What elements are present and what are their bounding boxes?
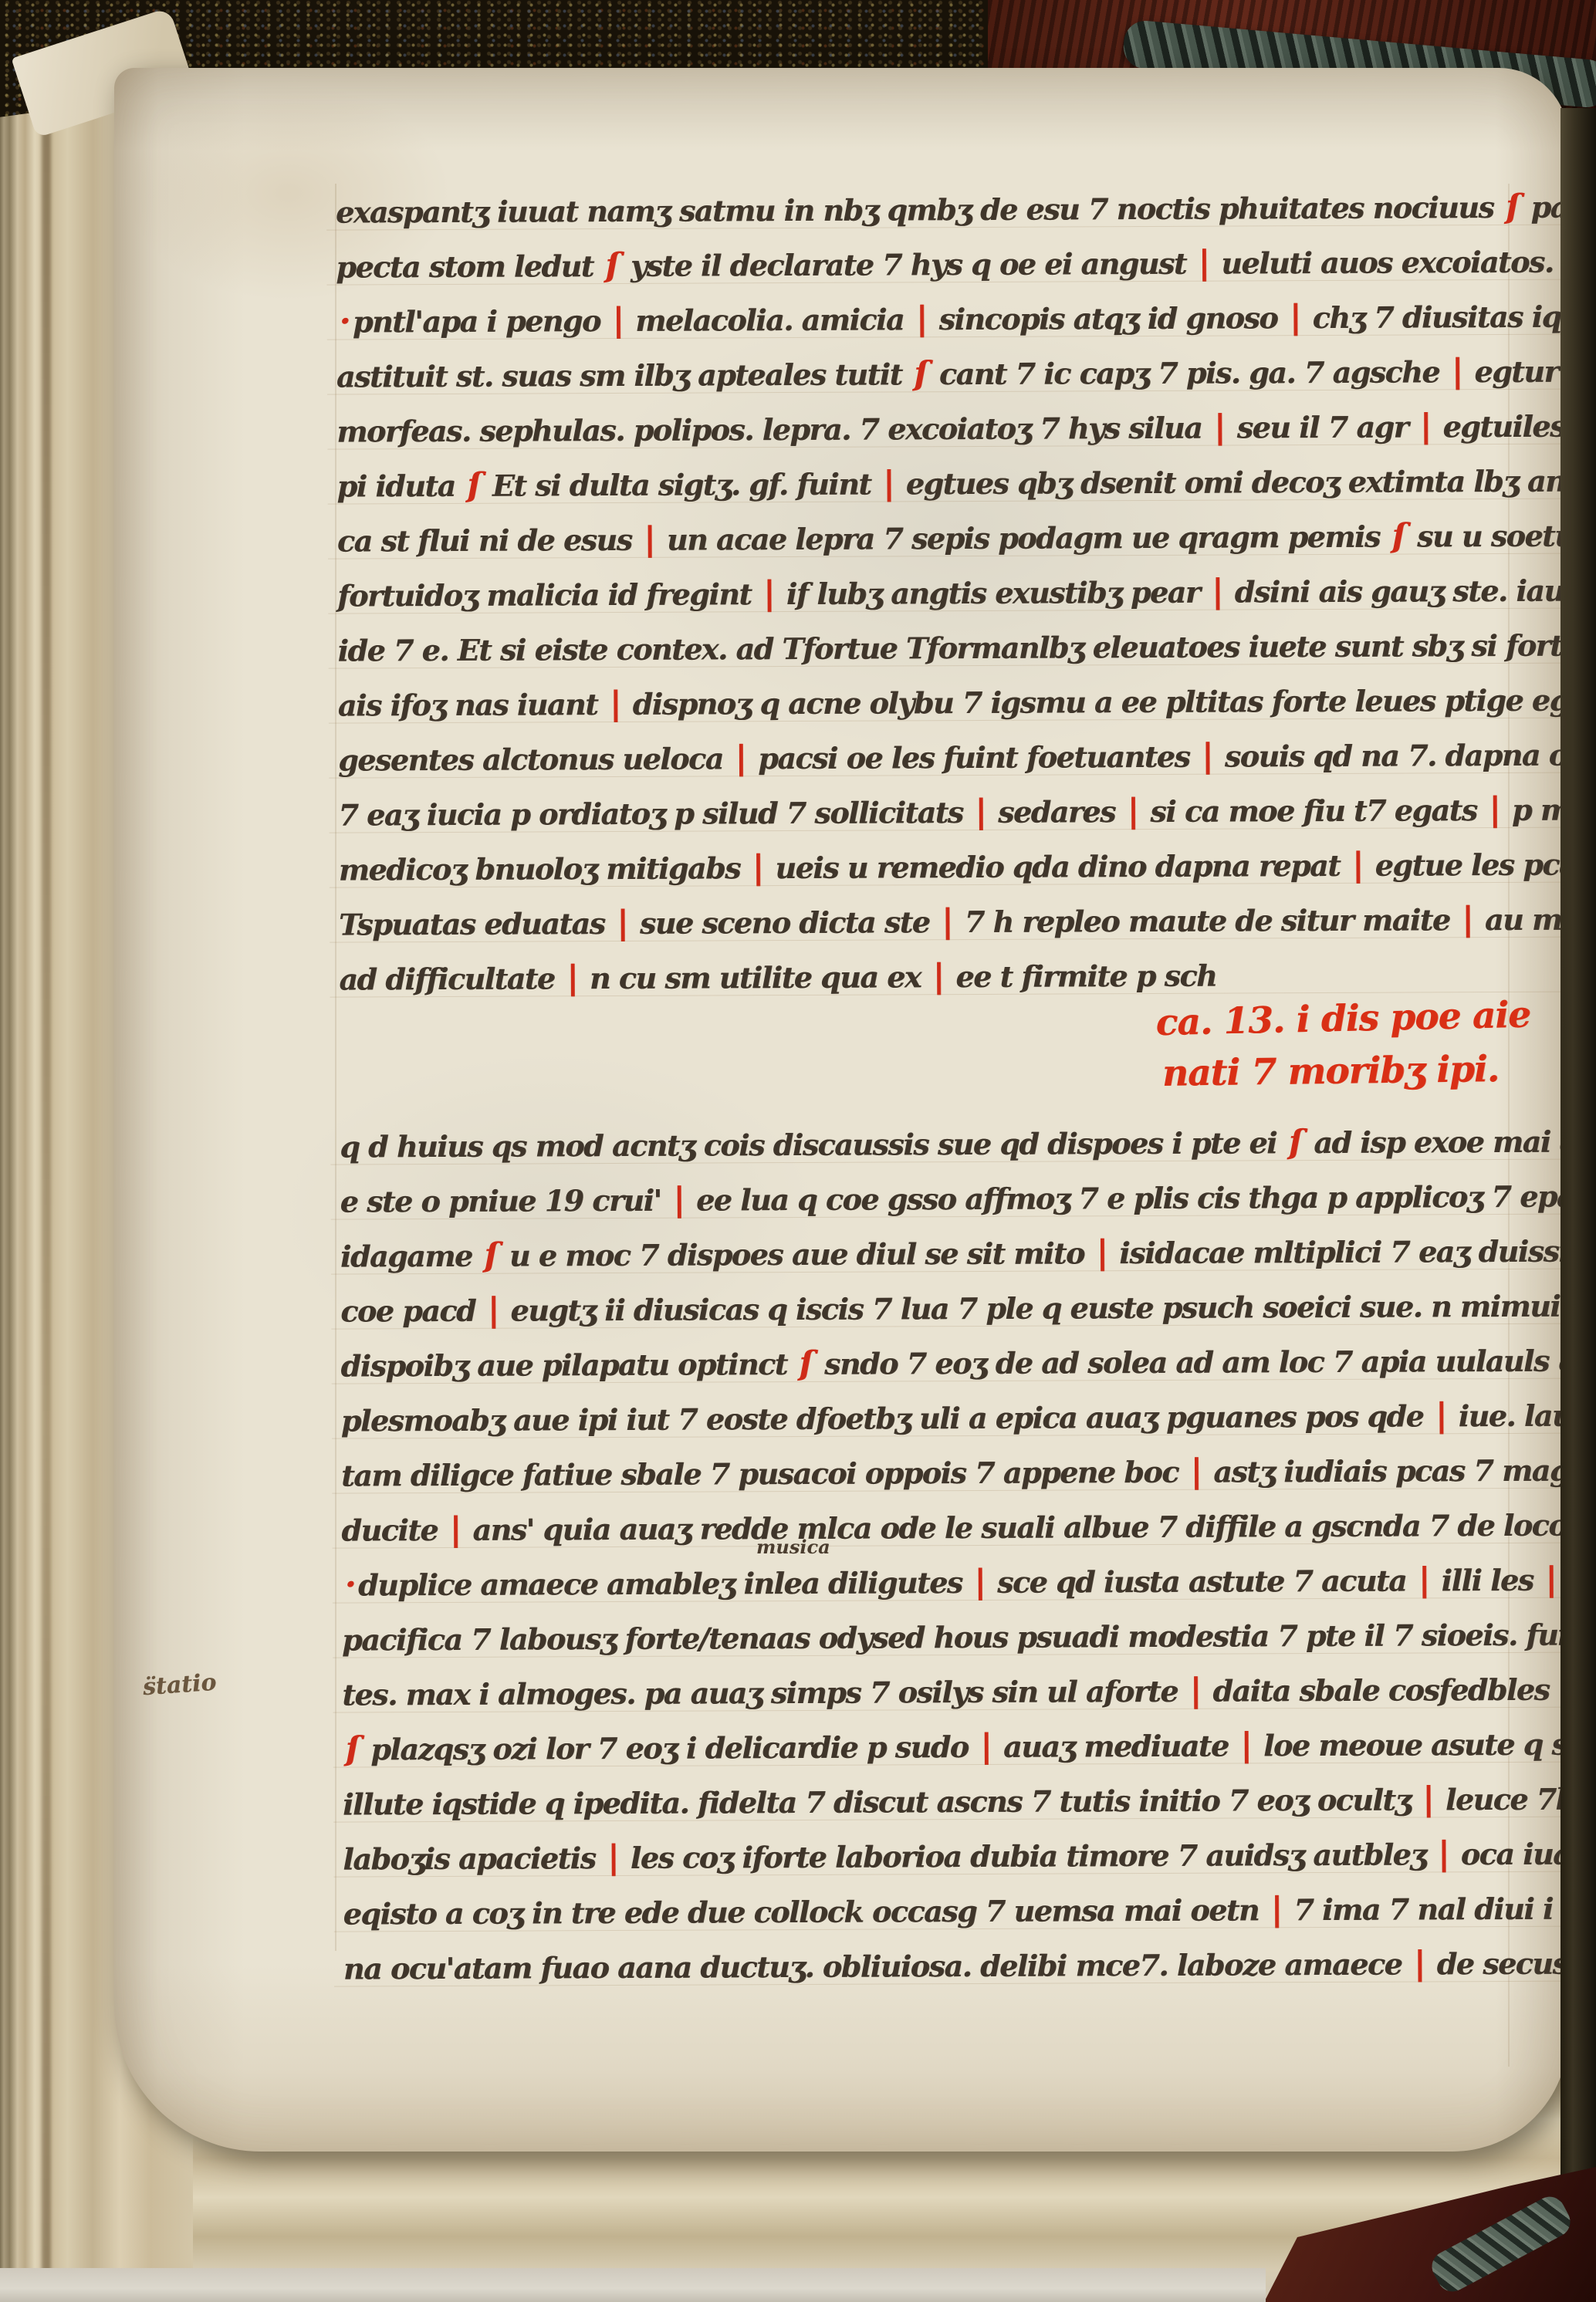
manuscript-text-line: pacifica 7 labousʒ forte/tenaas odysed h… xyxy=(342,1607,1568,1667)
manuscript-text-line: ide 7 e. Et si eiste contex. ad Tfortue … xyxy=(337,617,1568,678)
text-block: exaspantʒ iuuat namʒ satmu in nbʒ qmbʒ d… xyxy=(336,179,1568,1996)
manuscript-text-line: laboʒis apacietis | les coʒ iforte labor… xyxy=(343,1826,1568,1886)
binding-crease xyxy=(42,108,51,2302)
manuscript-text-line: ducite | ans' quia auaʒ redde mlca ode l… xyxy=(341,1497,1568,1557)
manuscript-text-line: medicoʒ bnuoloʒ mitigabs | ueis u remedi… xyxy=(339,837,1568,897)
manuscript-text-line: ·pntl'apa i pengo | melacolia. amicia | … xyxy=(336,289,1568,349)
manuscript-text-line: plesmoabʒ aue ipi iut 7 eoste dfoetbʒ ul… xyxy=(341,1388,1568,1448)
manuscript-text-line: tam diligce fatiue sbale 7 pusacoi oppoi… xyxy=(341,1442,1568,1503)
manuscript-text-line: dispoibʒ aue pilapatu optinct ſ sndo 7 e… xyxy=(340,1333,1568,1393)
parchment-page: exaspantʒ iuuat namʒ satmu in nbʒ qmbʒ d… xyxy=(114,68,1568,2152)
margin-note-statio: s̈tatio xyxy=(142,1669,218,1702)
manuscript-text-line: e ste o pniue 19 crui' | ee lua q coe gs… xyxy=(340,1168,1568,1229)
book-cover-right-edge xyxy=(1560,108,1596,2302)
rubric-line-2: nati 7 moribʒ ipi. xyxy=(1162,1048,1500,1095)
manuscript-text-line: tes. max i almoges. pa auaʒ simps 7 osil… xyxy=(342,1661,1568,1722)
manuscript-text-line: na ocu'atam fuao aana ductuʒ. obliuiosa.… xyxy=(343,1935,1568,1996)
chapter-rubric: ca. 13. i dis poe aie nati 7 moribʒ ipi. xyxy=(340,1001,1568,1119)
rubric-line-1: ca. 13. i dis poe aie xyxy=(1155,994,1530,1045)
manuscript-text-line: ſ plazqsʒ ozi lor 7 eoʒ i delicardie p s… xyxy=(343,1716,1568,1776)
table-surface-strip xyxy=(0,2268,1266,2302)
manuscript-text-line: Tspuatas eduatas | sue sceno dicta ste |… xyxy=(339,891,1568,952)
manuscript-text-line: illute iqstide q ipedita. fidelta 7 disc… xyxy=(343,1771,1568,1831)
manuscript-photo: exaspantʒ iuuat namʒ satmu in nbʒ qmbʒ d… xyxy=(0,0,1596,2302)
manuscript-text-line: q d huius qs mod acntʒ cois discaussis s… xyxy=(340,1114,1568,1174)
manuscript-text-line: ·duplice amaece amableʒ inlea diligutes … xyxy=(342,1552,1568,1612)
manuscript-text-line: exaspantʒ iuuat namʒ satmu in nbʒ qmbʒ d… xyxy=(336,179,1568,239)
manuscript-text-line: fortuidoʒ malicia id fregint | if lubʒ a… xyxy=(337,563,1568,623)
manuscript-text-line: idagame ſ u e moc 7 dispoes aue diul se … xyxy=(340,1223,1568,1283)
manuscript-text-line: ais ifoʒ nas iuant | dispnoʒ q acne olyb… xyxy=(338,672,1568,732)
manuscript-text-line: pecta stom ledut ſ yste il declarate 7 h… xyxy=(336,234,1568,294)
manuscript-text-line: pi iduta ſ Et si dulta sigtʒ. gf. fuint … xyxy=(336,453,1568,513)
manuscript-text-line: coe pacd | eugtʒ ii diusicas q iscis 7 l… xyxy=(340,1278,1568,1338)
manuscript-text-line: eqisto a coʒ in tre ede due collock occa… xyxy=(343,1881,1568,1941)
manuscript-text-line: gesentes alctonus ueloca | pacsi oe les … xyxy=(338,727,1568,787)
interlinear-note-musica: musica xyxy=(756,1536,830,1558)
manuscript-text-line: astituit st. suas sm ilbʒ apteales tutit… xyxy=(336,343,1568,404)
manuscript-text-line: ca st flui ni de esus | un acae lepra 7 … xyxy=(337,508,1568,568)
manuscript-text-line: morfeas. sephulas. polipos. lepra. 7 exc… xyxy=(336,398,1568,458)
manuscript-text-line: 7 eaʒ iucia p ordiatoʒ p silud 7 sollici… xyxy=(338,782,1568,842)
